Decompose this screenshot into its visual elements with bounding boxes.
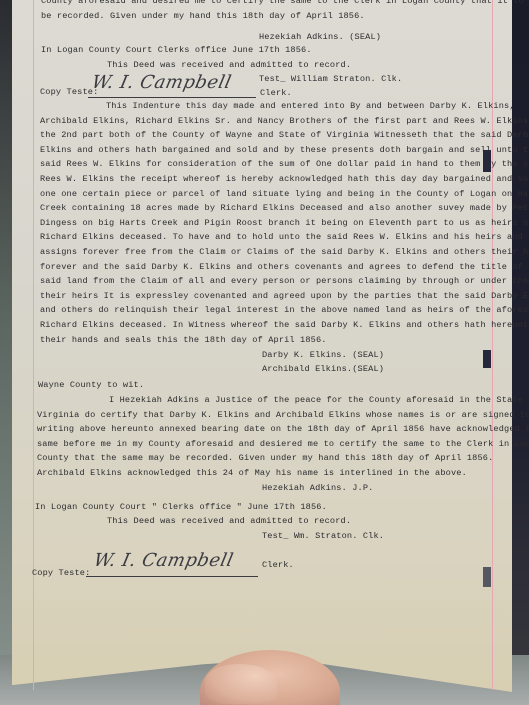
certificate-test-line: Test_ Wm. Straton. Clk. xyxy=(262,529,384,544)
text-line: assigns forever free from the Claim or C… xyxy=(40,245,529,260)
text-line: be recorded. Given under my hand this 18… xyxy=(41,9,524,24)
text-line: said Rees W. Elkins for consideration of… xyxy=(40,157,529,172)
text-line: and others do relinquish their legal int… xyxy=(40,303,529,318)
office-line: In Logan County Court Clerks office June… xyxy=(41,43,312,58)
text-line: Dingess on big Harts Creek and Pigin Roo… xyxy=(40,216,529,231)
thumb xyxy=(205,664,277,704)
indenture-paragraph: This Indenture this day made and entered… xyxy=(40,99,529,347)
text-line: Virginia do certify that Darby K. Elkins… xyxy=(37,408,529,423)
text-line: Archibald Elkins, Richard Elkins Sr. and… xyxy=(40,114,529,129)
text-line: writing above hereunto annexed bearing d… xyxy=(37,422,529,437)
indenture-signature: Archibald Elkins.(SEAL) xyxy=(262,362,384,377)
text-line: County aforesaid and desired me to certi… xyxy=(41,0,524,9)
background-left xyxy=(0,0,14,705)
text-line: County that the same may be recorded. Gi… xyxy=(37,451,529,466)
certificate-paragraph: I Hezekiah Adkins a Justice of the peace… xyxy=(37,393,529,481)
text-line: Richard Elkins deceased. To have and to … xyxy=(40,230,529,245)
text-line: one one certain piece or parcel of land … xyxy=(40,187,529,202)
recorded-line: This Deed was received and admitted to r… xyxy=(107,58,351,73)
text-line: This Indenture this day made and entered… xyxy=(40,99,529,114)
text-line: Creek containing 18 acres made by Richar… xyxy=(40,201,529,216)
text-line: Archibald Elkins acknowledged this 24 of… xyxy=(37,466,529,481)
top-paragraph: County aforesaid and desired me to certi… xyxy=(41,0,524,23)
certificate-copy-teste-label: Copy Teste: xyxy=(32,566,90,581)
text-line: Rees W. Elkins the receipt whereof is he… xyxy=(40,172,529,187)
certificate-handwritten-signature: W. I. Campbell xyxy=(92,550,236,571)
test-line: Test_ William Straton. Clk. xyxy=(259,72,402,87)
signature-rule xyxy=(88,97,256,98)
text-line: said land from the Claim of all and ever… xyxy=(40,274,529,289)
certificate-clerk-label: Clerk. xyxy=(262,558,294,573)
text-line: their hands and seals this the 18th day … xyxy=(40,333,529,348)
text-line: their heirs It is expressley covenanted … xyxy=(40,289,529,304)
text-line: same before me in my County aforesaid an… xyxy=(37,437,529,452)
page-tab-marker xyxy=(483,567,491,587)
certificate-recorded-line: This Deed was received and admitted to r… xyxy=(107,514,351,529)
certificate-signature: Hezekiah Adkins. J.P. xyxy=(262,481,373,496)
indenture-signature: Darby K. Elkins. (SEAL) xyxy=(262,348,384,363)
handwritten-signature: W. I. Campbell xyxy=(90,72,234,93)
text-line: Elkins and others hath bargained and sol… xyxy=(40,143,529,158)
certificate-heading: Wayne County to wit. xyxy=(38,378,144,393)
signature-rule xyxy=(86,576,258,577)
text-line: I Hezekiah Adkins a Justice of the peace… xyxy=(37,393,529,408)
text-line: Richard Elkins deceased. In Witness wher… xyxy=(40,318,529,333)
left-margin-rule xyxy=(33,0,34,690)
page-tab-marker xyxy=(483,350,491,368)
text-line: the 2nd part both of the County of Wayne… xyxy=(40,128,529,143)
certificate-office-line: In Logan County Court " Clerks office " … xyxy=(35,500,327,515)
text-line: forever and the said Darby K. Elkins and… xyxy=(40,260,529,275)
